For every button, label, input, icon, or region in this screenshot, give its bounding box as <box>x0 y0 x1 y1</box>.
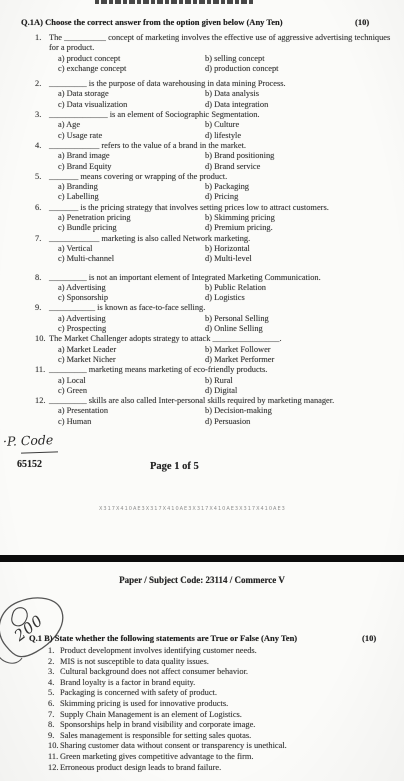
option-d: d) Multi-level <box>205 254 398 264</box>
watermark-code: X317X410AE3X317X410AE3X317X410AE3X317X41… <box>99 506 299 512</box>
statement: 9. Sales management is responsible for s… <box>0 731 404 742</box>
option-b: b) Public Relation <box>205 283 398 293</box>
question-text: _________ is the purpose of data warehou… <box>49 79 396 89</box>
options-grid: a) Advertising b) Public Relation c) Spo… <box>58 283 398 304</box>
statement-number: 10. <box>48 741 58 752</box>
option-d: d) lifestyle <box>205 131 398 141</box>
option-a: a) Age <box>58 120 205 130</box>
statement: 10. Sharing customer data without consen… <box>0 741 404 752</box>
question-number: 3. <box>35 110 41 120</box>
statement-number: 8. <box>48 720 54 731</box>
question-text: The Market Challenger adopts strategy to… <box>49 334 396 344</box>
options-grid: a) Advertising b) Personal Selling c) Pr… <box>58 314 398 335</box>
options-grid: a) Data storage b) Data analysis c) Data… <box>58 89 398 110</box>
statement: 12. Erroneous product design leads to br… <box>0 763 404 774</box>
statement: 11. Green marketing gives competitive ad… <box>0 752 404 763</box>
statement: 4. Brand loyalty is a factor in brand eq… <box>0 678 404 689</box>
option-d: d) Premium pricing. <box>205 223 398 233</box>
option-d: d) production concept <box>205 64 398 74</box>
option-c: c) Sponsorship <box>58 293 205 303</box>
question-number: 4. <box>35 141 41 151</box>
option-a: a) Penetration pricing <box>58 213 205 223</box>
section-q1b-label: Q.1 B) <box>29 633 53 643</box>
question-text: The __________ concept of marketing invo… <box>49 33 396 54</box>
option-c: c) Data visualization <box>58 100 205 110</box>
statement: 1. Product development involves identify… <box>0 646 404 657</box>
page-break-bar <box>0 555 404 562</box>
question: 10. The Market Challenger adopts strateg… <box>0 334 404 365</box>
statement-text: Product development involves identifying… <box>60 646 396 657</box>
option-c: c) Market Nicher <box>58 355 205 365</box>
option-c: c) Prospecting <box>58 324 205 334</box>
exam-paper-scan: Q.1A) Choose the correct answer from the… <box>0 0 404 781</box>
option-b: b) Skimming pricing <box>205 213 398 223</box>
statement-text: Skimming pricing is used for innovative … <box>60 699 396 710</box>
option-b: b) Decision-making <box>205 406 398 416</box>
option-a: a) Presentation <box>58 406 205 416</box>
options-grid: a) Vertical b) Horizontal c) Multi-chann… <box>58 244 398 265</box>
options-grid: a) Local b) Rural c) Green d) Digital <box>58 376 398 397</box>
section-q1b-heading: Q.1 B) State whether the following state… <box>29 633 394 643</box>
question-number: 7. <box>35 234 41 244</box>
statement: 2. MIS is not susceptible to data qualit… <box>0 657 404 668</box>
section-q1b-marks: (10) <box>362 633 376 643</box>
question-text: _________ marketing means marketing of e… <box>49 365 396 375</box>
option-b: b) Data analysis <box>205 89 398 99</box>
statement-text: Sponsorships help in brand visibility an… <box>60 720 396 731</box>
statement-text: Brand loyalty is a factor in brand equit… <box>60 678 396 689</box>
option-b: b) Culture <box>205 120 398 130</box>
statement: 3. Cultural background does not affect c… <box>0 667 404 678</box>
statement-number: 6. <box>48 699 54 710</box>
question-number: 11. <box>35 365 45 375</box>
options-grid: a) Market Leader b) Market Follower c) M… <box>58 345 398 366</box>
question-text: ____________ refers to the value of a br… <box>49 141 396 151</box>
option-c: c) Usage rate <box>58 131 205 141</box>
option-d: d) Data integration <box>205 100 398 110</box>
question-number: 1. <box>35 33 41 43</box>
statement: 5. Packaging is concerned with safety of… <box>0 688 404 699</box>
statement-number: 7. <box>48 710 54 721</box>
question: 6. _______ is the pricing strategy that … <box>0 203 404 234</box>
option-b: b) Market Follower <box>205 345 398 355</box>
question-text: ___________ is known as face-to-face sel… <box>49 303 396 313</box>
statement-text: Sharing customer data without consent or… <box>60 741 396 752</box>
option-c: c) Bundle pricing <box>58 223 205 233</box>
statement-text: Packaging is concerned with safety of pr… <box>60 688 396 699</box>
question-text: ____________ marketing is also called Ne… <box>49 234 396 244</box>
statement-number: 9. <box>48 731 54 742</box>
statement-number: 4. <box>48 678 54 689</box>
mcq-list: 1. The __________ concept of marketing i… <box>0 33 404 427</box>
question: 5. _______ means covering or wrapping of… <box>0 172 404 203</box>
option-b: b) Packaging <box>205 182 398 192</box>
statement-number: 5. <box>48 688 54 699</box>
section-q1a-heading: Q.1A) Choose the correct answer from the… <box>21 17 391 27</box>
option-a: a) Brand image <box>58 151 205 161</box>
cropped-text-remnant <box>95 0 255 4</box>
options-grid: a) Presentation b) Decision-making c) Hu… <box>58 406 398 427</box>
question-number: 12. <box>35 396 45 406</box>
statement-text: Supply Chain Management is an element of… <box>60 710 396 721</box>
statement-text: Erroneous product design leads to brand … <box>60 763 396 774</box>
question: 3. ______________ is an element of Socio… <box>0 110 404 141</box>
statement-number: 12. <box>48 763 58 774</box>
option-b: b) Personal Selling <box>205 314 398 324</box>
option-d: d) Logistics <box>205 293 398 303</box>
section-q1b-title: State whether the following statements a… <box>55 633 297 643</box>
option-a: a) Data storage <box>58 89 205 99</box>
question: 12. _________ skills are also called Int… <box>0 396 404 427</box>
option-c: c) Labelling <box>58 192 205 202</box>
option-d: d) Digital <box>205 386 398 396</box>
option-d: d) Pricing <box>205 192 398 202</box>
question-number: 5. <box>35 172 41 182</box>
statement-text: Green marketing gives competitive advant… <box>60 752 396 763</box>
question: 4. ____________ refers to the value of a… <box>0 141 404 172</box>
section-q1a-marks: (10) <box>355 17 369 27</box>
option-c: c) Brand Equity <box>58 162 205 172</box>
question-number: 9. <box>35 303 41 313</box>
question-text: ______________ is an element of Sociogra… <box>49 110 396 120</box>
true-false-list: 1. Product development involves identify… <box>0 646 404 773</box>
page-footer: Page 1 of 5 <box>150 461 199 472</box>
statement-number: 3. <box>48 667 54 678</box>
option-a: a) product concept <box>58 54 205 64</box>
option-a: a) Vertical <box>58 244 205 254</box>
options-grid: a) Penetration pricing b) Skimming prici… <box>58 213 398 234</box>
question-number: 6. <box>35 203 41 213</box>
option-b: b) Rural <box>205 376 398 386</box>
question: 8. _________ is not an important element… <box>0 273 404 304</box>
options-grid: a) product concept b) selling concept c)… <box>58 54 398 75</box>
option-a: a) Local <box>58 376 205 386</box>
statement: 6. Skimming pricing is used for innovati… <box>0 699 404 710</box>
subject-code-header: Paper / Subject Code: 23114 / Commerce V <box>0 575 404 585</box>
section-q1a-label: Q.1A) <box>21 17 43 27</box>
statement: 7. Supply Chain Management is an element… <box>0 710 404 721</box>
question-text: _________ skills are also called Inter-p… <box>49 396 396 406</box>
question: 11. _________ marketing means marketing … <box>0 365 404 396</box>
options-grid: a) Brand image b) Brand positioning c) B… <box>58 151 398 172</box>
question-text: _______ is the pricing strategy that inv… <box>49 203 396 213</box>
option-d: d) Brand service <box>205 162 398 172</box>
option-c: c) exchange concept <box>58 64 205 74</box>
section-q1a-title: Choose the correct answer from the optio… <box>45 17 283 27</box>
option-c: c) Human <box>58 417 205 427</box>
paper-number: 65152 <box>17 459 42 470</box>
option-d: d) Market Performer <box>205 355 398 365</box>
statement-number: 2. <box>48 657 54 668</box>
question-number: 2. <box>35 79 41 89</box>
statement-number: 1. <box>48 646 54 657</box>
question: 1. The __________ concept of marketing i… <box>0 33 404 74</box>
option-b: b) Horizontal <box>205 244 398 254</box>
question-text: _________ is not an important element of… <box>49 273 396 283</box>
question: 9. ___________ is known as face-to-face … <box>0 303 404 334</box>
statement-text: MIS is not susceptible to data quality i… <box>60 657 396 668</box>
option-a: a) Branding <box>58 182 205 192</box>
option-b: b) selling concept <box>205 54 398 64</box>
option-d: d) Persuasion <box>205 417 398 427</box>
options-grid: a) Age b) Culture c) Usage rate d) lifes… <box>58 120 398 141</box>
question-number: 8. <box>35 273 41 283</box>
option-a: a) Market Leader <box>58 345 205 355</box>
question-number: 10. <box>35 334 45 344</box>
handwritten-p-code: ·P. Code <box>3 432 54 449</box>
options-grid: a) Branding b) Packaging c) Labelling d)… <box>58 182 398 203</box>
option-c: c) Green <box>58 386 205 396</box>
statement-text: Sales management is responsible for sett… <box>60 731 396 742</box>
statement-text: Cultural background does not affect cons… <box>60 667 396 678</box>
option-a: a) Advertising <box>58 314 205 324</box>
option-b: b) Brand positioning <box>205 151 398 161</box>
question-text: _______ means covering or wrapping of th… <box>49 172 396 182</box>
question: 2. _________ is the purpose of data ware… <box>0 79 404 110</box>
option-c: c) Multi-channel <box>58 254 205 264</box>
statement-number: 11. <box>48 752 58 763</box>
option-a: a) Advertising <box>58 283 205 293</box>
statement: 8. Sponsorships help in brand visibility… <box>0 720 404 731</box>
question: 7. ____________ marketing is also called… <box>0 234 404 265</box>
handwritten-underline <box>21 451 58 453</box>
option-d: d) Online Selling <box>205 324 398 334</box>
